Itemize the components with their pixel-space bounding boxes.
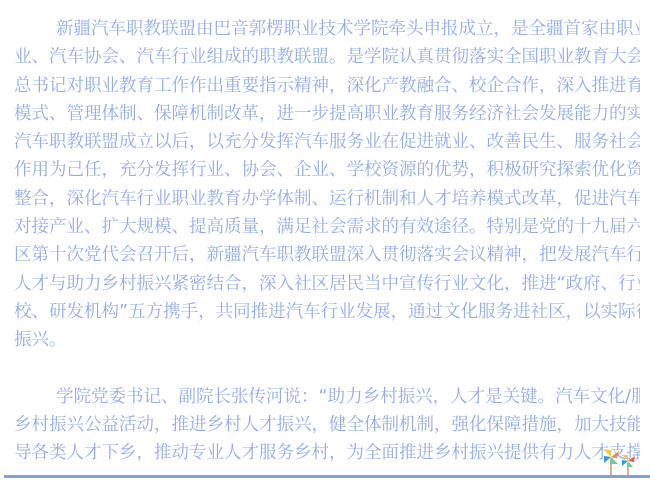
text-line: 校、研发机构”五方携手，共同推进汽车行业发展，通过文化服务进社区，以实际行为助力… (14, 298, 640, 326)
text-line: 模式、管理体制、保障机制改革，进一步提高职业教育服务经济社会发展能力的实践探索。… (14, 100, 640, 128)
text-line: 学院党委书记、副院长张传河说：“助力乡村振兴，人才是关键。汽车文化/服务进社区助… (14, 383, 640, 411)
text-line: 新疆汽车职教联盟由巴音郭楞职业技术学院牵头申报成立，是全疆首家由职业院校、汽车企 (14, 15, 640, 43)
pinwheel-icon (598, 446, 642, 478)
text-line: 乡村振兴公益活动，推进乡村人才振兴，健全体制机制，强化保障措施，加大技能培训力度… (14, 411, 640, 439)
article-body: 新疆汽车职教联盟由巴音郭楞职业技术学院牵头申报成立，是全疆首家由职业院校、汽车企… (14, 15, 640, 467)
bottom-divider (4, 475, 650, 478)
text-line: 汽车职教联盟成立以后，以充分发挥汽车服务业在促进就业、改善民生、服务社会等方面的… (14, 128, 640, 156)
text-line: 人才与助力乡村振兴紧密结合，深入社区居民当中宣传行业文化，推进“政府、行业、企业… (14, 270, 640, 298)
paragraph-quote: 学院党委书记、副院长张传河说：“助力乡村振兴，人才是关键。汽车文化/服务进社区助… (14, 383, 640, 468)
text-line: 作用为己任，充分发挥行业、协会、企业、学校资源的优势，积极研究探索优化资源配置和… (14, 156, 640, 184)
text-line: 振兴。 (14, 326, 640, 354)
text-line: 导各类人才下乡，推动专业人才服务乡村，为全面推进乡村振兴提供有力人才支撑。” (14, 439, 640, 467)
paragraph-alliance-intro: 新疆汽车职教联盟由巴音郭楞职业技术学院牵头申报成立，是全疆首家由职业院校、汽车企… (14, 15, 640, 355)
text-line: 业、汽车协会、汽车行业组成的职教联盟。是学院认真贯彻落实全国职业教育大会精神和习… (14, 43, 640, 71)
text-line: 对接产业、扩大规模、提高质量，满足社会需求的有效途径。特别是党的十九届六中全会及… (14, 213, 640, 241)
text-line: 总书记对职业教育工作作出重要指示精神，深化产教融合、校企合作，深入推进育人方式、… (14, 72, 640, 100)
text-line: 整合，深化汽车行业职业教育办学体制、运行机制和人才培养模式改革，促进汽车行业职业… (14, 185, 640, 213)
text-line: 区第十次党代会召开后，新疆汽车职教联盟深入贯彻落实会议精神，把发展汽车行业、培养… (14, 241, 640, 269)
